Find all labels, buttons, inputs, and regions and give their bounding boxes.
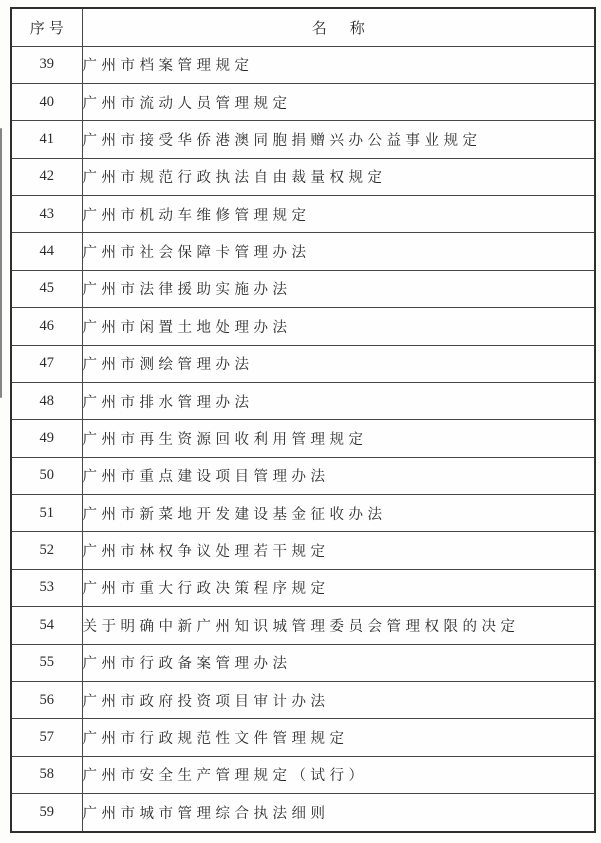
row-index: 59 bbox=[11, 794, 82, 833]
row-name: 广州市重大行政决策程序规定 bbox=[82, 569, 595, 606]
column-header-index: 序号 bbox=[11, 8, 82, 46]
row-index: 45 bbox=[11, 270, 82, 307]
row-name: 广州市再生资源回收利用管理规定 bbox=[82, 420, 595, 457]
row-name: 广州市行政备案管理办法 bbox=[82, 644, 595, 681]
row-name: 广州市档案管理规定 bbox=[82, 46, 595, 83]
row-name: 广州市测绘管理办法 bbox=[82, 345, 595, 382]
row-index: 51 bbox=[11, 495, 82, 532]
row-name: 广州市规范行政执法自由裁量权规定 bbox=[82, 158, 595, 195]
row-name: 广州市安全生产管理规定（试行） bbox=[82, 756, 595, 793]
row-index: 42 bbox=[11, 158, 82, 195]
table-row: 54 关于明确中新广州知识城管理委员会管理权限的决定 bbox=[11, 607, 595, 644]
row-name: 广州市新菜地开发建设基金征收办法 bbox=[82, 495, 595, 532]
row-index: 49 bbox=[11, 420, 82, 457]
table-row: 52 广州市林权争议处理若干规定 bbox=[11, 532, 595, 569]
row-name: 广州市流动人员管理规定 bbox=[82, 83, 595, 120]
table-row: 50 广州市重点建设项目管理办法 bbox=[11, 457, 595, 494]
table-row: 43 广州市机动车维修管理规定 bbox=[11, 196, 595, 233]
column-header-name: 名 称 bbox=[82, 8, 595, 46]
table-row: 56 广州市政府投资项目审计办法 bbox=[11, 681, 595, 718]
scanned-document-page: 序号 名 称 39 广州市档案管理规定 40 广州市流动人员管理规定 41 广州… bbox=[0, 0, 601, 843]
table-row: 58 广州市安全生产管理规定（试行） bbox=[11, 756, 595, 793]
row-name: 广州市机动车维修管理规定 bbox=[82, 196, 595, 233]
table-header: 序号 名 称 bbox=[11, 8, 595, 46]
table-row: 48 广州市排水管理办法 bbox=[11, 382, 595, 419]
table-row: 55 广州市行政备案管理办法 bbox=[11, 644, 595, 681]
table-row: 42 广州市规范行政执法自由裁量权规定 bbox=[11, 158, 595, 195]
row-name: 广州市行政规范性文件管理规定 bbox=[82, 719, 595, 756]
row-index: 57 bbox=[11, 719, 82, 756]
row-index: 54 bbox=[11, 607, 82, 644]
table-row: 41 广州市接受华侨港澳同胞捐赠兴办公益事业规定 bbox=[11, 121, 595, 158]
row-name: 广州市法律援助实施办法 bbox=[82, 270, 595, 307]
table-row: 59 广州市城市管理综合执法细则 bbox=[11, 794, 595, 833]
row-index: 55 bbox=[11, 644, 82, 681]
table-row: 49 广州市再生资源回收利用管理规定 bbox=[11, 420, 595, 457]
row-index: 46 bbox=[11, 308, 82, 345]
table-row: 45 广州市法律援助实施办法 bbox=[11, 270, 595, 307]
row-name: 广州市城市管理综合执法细则 bbox=[82, 794, 595, 833]
regulations-table: 序号 名 称 39 广州市档案管理规定 40 广州市流动人员管理规定 41 广州… bbox=[10, 7, 596, 833]
row-index: 43 bbox=[11, 196, 82, 233]
table-row: 47 广州市测绘管理办法 bbox=[11, 345, 595, 382]
row-index: 56 bbox=[11, 681, 82, 718]
scan-edge-artifact bbox=[0, 128, 2, 398]
row-index: 44 bbox=[11, 233, 82, 270]
row-index: 47 bbox=[11, 345, 82, 382]
table-row: 57 广州市行政规范性文件管理规定 bbox=[11, 719, 595, 756]
table-row: 40 广州市流动人员管理规定 bbox=[11, 83, 595, 120]
table-row: 39 广州市档案管理规定 bbox=[11, 46, 595, 83]
table-row: 46 广州市闲置土地处理办法 bbox=[11, 308, 595, 345]
row-name: 广州市社会保障卡管理办法 bbox=[82, 233, 595, 270]
row-index: 50 bbox=[11, 457, 82, 494]
row-name: 广州市重点建设项目管理办法 bbox=[82, 457, 595, 494]
table-row: 53 广州市重大行政决策程序规定 bbox=[11, 569, 595, 606]
row-index: 39 bbox=[11, 46, 82, 83]
row-index: 58 bbox=[11, 756, 82, 793]
row-index: 41 bbox=[11, 121, 82, 158]
row-index: 48 bbox=[11, 382, 82, 419]
row-index: 40 bbox=[11, 83, 82, 120]
row-name: 广州市林权争议处理若干规定 bbox=[82, 532, 595, 569]
row-index: 53 bbox=[11, 569, 82, 606]
row-index: 52 bbox=[11, 532, 82, 569]
row-name: 广州市接受华侨港澳同胞捐赠兴办公益事业规定 bbox=[82, 121, 595, 158]
row-name: 广州市排水管理办法 bbox=[82, 382, 595, 419]
row-name: 广州市政府投资项目审计办法 bbox=[82, 681, 595, 718]
table-row: 44 广州市社会保障卡管理办法 bbox=[11, 233, 595, 270]
table-row: 51 广州市新菜地开发建设基金征收办法 bbox=[11, 495, 595, 532]
row-name: 广州市闲置土地处理办法 bbox=[82, 308, 595, 345]
header-row: 序号 名 称 bbox=[11, 8, 595, 46]
row-name: 关于明确中新广州知识城管理委员会管理权限的决定 bbox=[82, 607, 595, 644]
table-body: 39 广州市档案管理规定 40 广州市流动人员管理规定 41 广州市接受华侨港澳… bbox=[11, 46, 595, 832]
